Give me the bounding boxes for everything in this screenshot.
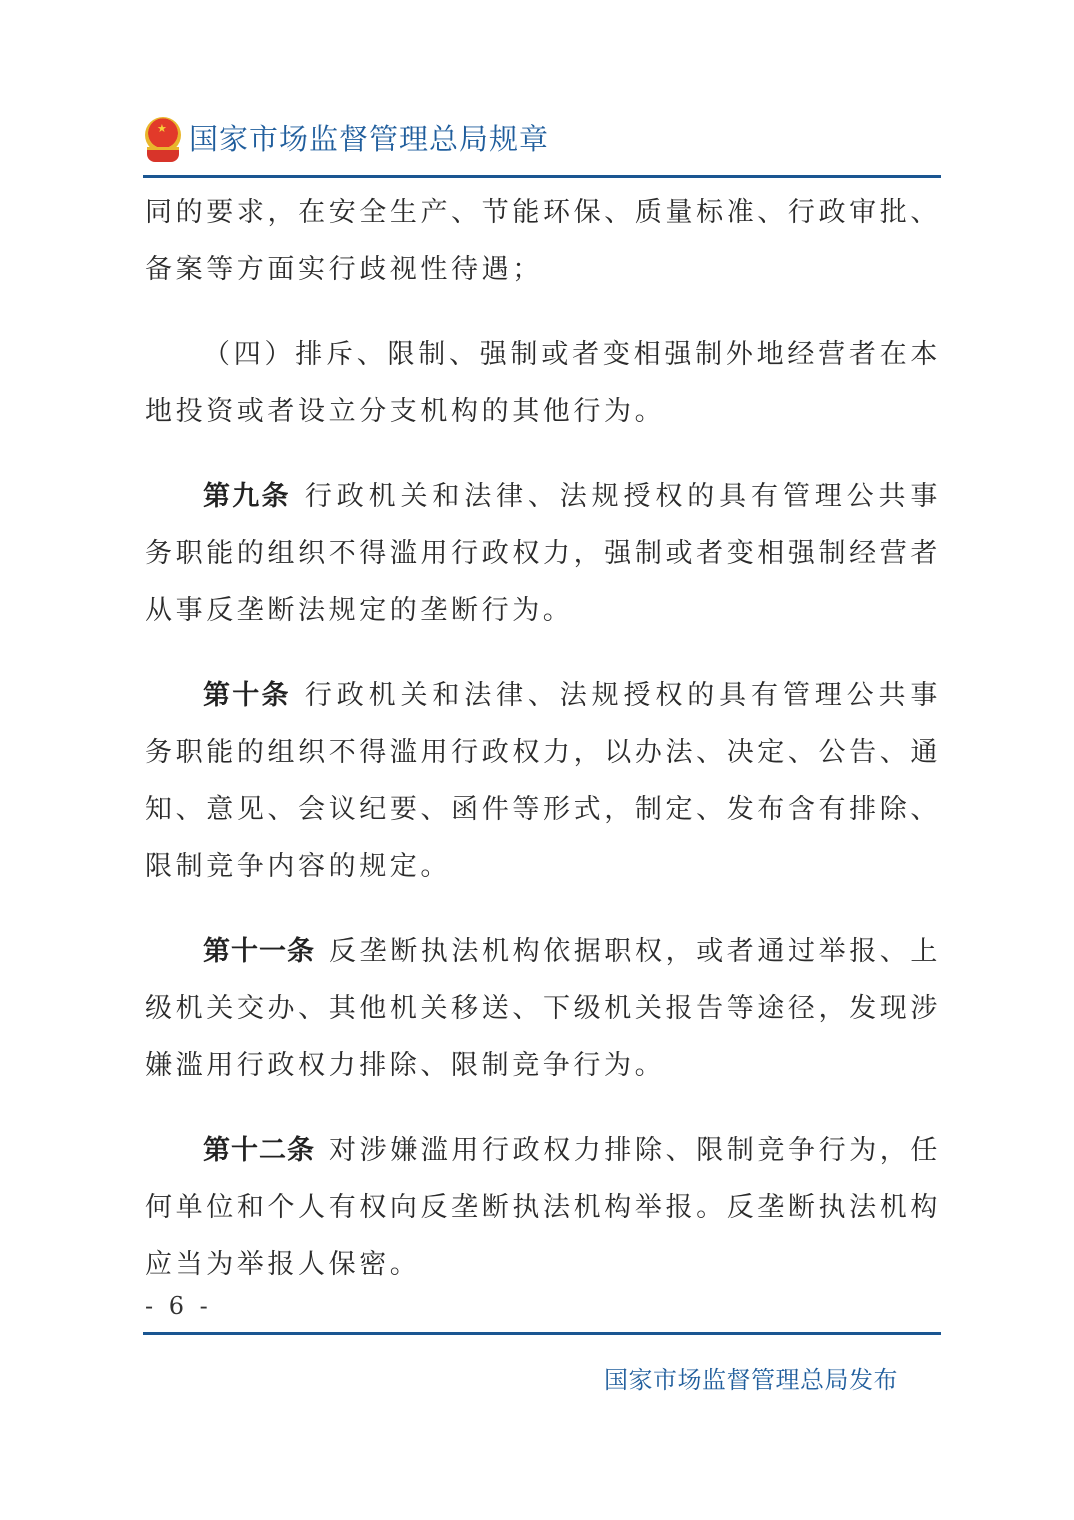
- paragraph-text: （四）排斥、限制、强制或者变相强制外地经营者在本地投资或者设立分支机构的其他行为…: [145, 339, 941, 427]
- paragraph-continued-clause: 同的要求，在安全生产、节能环保、质量标准、行政审批、备案等方面实行歧视性待遇；: [145, 184, 941, 298]
- paragraph-item-4: （四）排斥、限制、强制或者变相强制外地经营者在本地投资或者设立分支机构的其他行为…: [145, 326, 941, 440]
- national-emblem-icon: ★: [143, 117, 183, 161]
- emblem-base: [147, 147, 179, 162]
- footer-publisher: 国家市场监督管理总局发布: [604, 1360, 898, 1395]
- article-label: 第十一条: [203, 936, 315, 967]
- document-body: 同的要求，在安全生产、节能环保、质量标准、行政审批、备案等方面实行歧视性待遇； …: [145, 184, 941, 1321]
- document-header: ★ 国家市场监督管理总局规章: [143, 114, 549, 164]
- article-12: 第十二条对涉嫌滥用行政权力排除、限制竞争行为，任何单位和个人有权向反垄断执法机构…: [145, 1122, 941, 1293]
- paragraph-text: 同的要求，在安全生产、节能环保、质量标准、行政审批、备案等方面实行歧视性待遇；: [145, 197, 941, 285]
- article-label: 第九条: [203, 481, 291, 512]
- header-title: 国家市场监督管理总局规章: [189, 114, 549, 164]
- page-number: - 6 -: [145, 1292, 212, 1320]
- article-label: 第十二条: [203, 1135, 315, 1166]
- article-10: 第十条行政机关和法律、法规授权的具有管理公共事务职能的组织不得滥用行政权力，以办…: [145, 667, 941, 895]
- header-divider: [143, 175, 941, 178]
- article-label: 第十条: [203, 680, 291, 711]
- article-9: 第九条行政机关和法律、法规授权的具有管理公共事务职能的组织不得滥用行政权力，强制…: [145, 468, 941, 639]
- emblem-star-icon: ★: [157, 123, 167, 134]
- article-11: 第十一条反垄断执法机构依据职权，或者通过举报、上级机关交办、其他机关移送、下级机…: [145, 923, 941, 1094]
- footer-divider: [143, 1332, 941, 1335]
